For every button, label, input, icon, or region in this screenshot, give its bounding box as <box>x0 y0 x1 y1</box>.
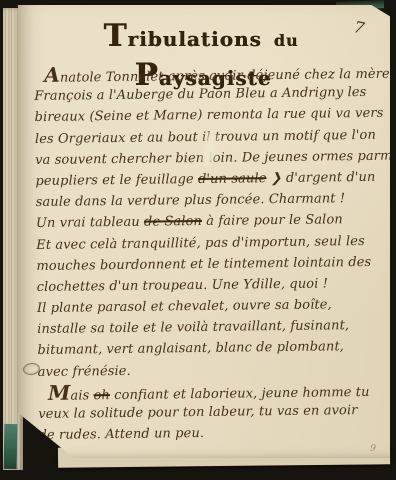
struck-text: d'un saule <box>198 171 267 187</box>
handwritten-text: va souvent chercher bien loin. De jeunes… <box>35 148 396 168</box>
handwritten-text: bireaux (Seine et Marne) remonta la rue … <box>35 106 384 125</box>
page-corner-mark: 9 <box>370 444 376 454</box>
struck-text: de Salon <box>144 214 202 230</box>
handwritten-text: mouches bourdonnent et le tintement loin… <box>36 255 371 274</box>
handwritten-text: bitumant, vert anglaisant, blanc de plom… <box>37 340 344 359</box>
handwritten-text: François a l'Auberge du Paon Bleu a Andr… <box>34 85 366 104</box>
manuscript-line: bitumant, vert anglaisant, blanc de plom… <box>37 336 389 361</box>
manuscript-line: de rudes. Attend un peu. <box>38 421 390 446</box>
title-word-2: du <box>274 24 299 58</box>
handwritten-text: à faire pour le Salon <box>202 213 343 230</box>
manuscript-line: mouches bourdonnent et le tintement loin… <box>36 251 388 276</box>
handwritten-text: les Orgeriaux et au bout il trouva un mo… <box>35 127 376 146</box>
handwritten-text: Un vrai tableau <box>36 215 144 231</box>
book-cover-edge-bottom <box>4 424 18 469</box>
handwritten-text: clochettes d'un troupeau. Une Ydille, qu… <box>37 276 328 295</box>
handwritten-text: saule dans la verdure plus foncée. Charm… <box>36 191 346 210</box>
manuscript-body: Anatole Tonnelet après avoir déjeuné che… <box>34 61 391 447</box>
struck-text: oh <box>93 388 110 403</box>
handwritten-text: installe sa toile et le voilà travaillan… <box>37 318 349 337</box>
handwritten-text: Et avec celà tranquillité, pas d'importu… <box>36 233 365 252</box>
manuscript-line: veux la solitude pour ton labeur, tu vas… <box>38 400 390 425</box>
handwritten-text: Il plante parasol et chevalet, ouvre sa … <box>37 297 332 316</box>
handwritten-text: peupliers et le feuillage <box>35 172 198 189</box>
title-word-1: Tribulations <box>103 19 261 56</box>
handwritten-text: veux la solitude pour ton labeur, tu vas… <box>38 403 357 422</box>
photo-background: 7 Tribulations du Paysagiste Anatole Ton… <box>0 0 396 480</box>
handwritten-text: Mais <box>48 388 94 404</box>
handwritten-text: de rudes. Attend un peu. <box>38 426 204 443</box>
manuscript-page: 7 Tribulations du Paysagiste Anatole Ton… <box>18 5 390 458</box>
handwritten-text: avec frénésie. <box>38 363 131 379</box>
handwritten-text: ❯ d'argent d'un <box>266 170 375 186</box>
